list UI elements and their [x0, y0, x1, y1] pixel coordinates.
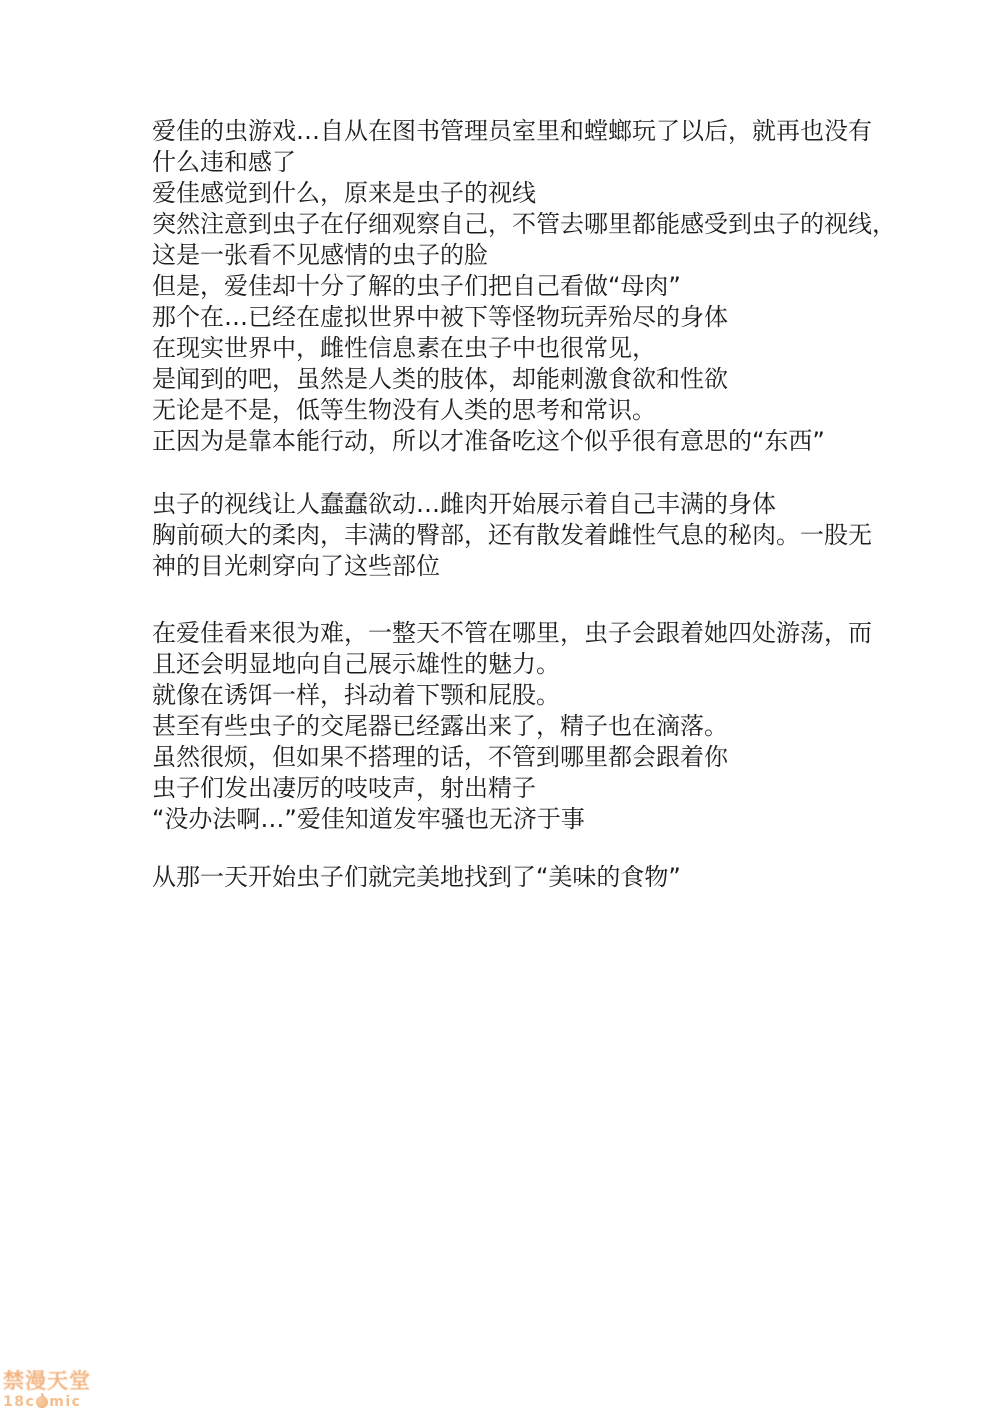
text-line: 虫子们发出凄厉的吱吱声，射出精子 [152, 773, 952, 804]
text-block: 爱佳的虫游戏…自从在图书管理员室里和螳螂玩了以后，就再也没有 什么违和感了 爱佳… [152, 116, 952, 893]
text-line: 正因为是靠本能行动，所以才准备吃这个似乎很有意思的“东西” [152, 426, 952, 457]
text-line: 虫子的视线让人蠢蠢欲动…雌肉开始展示着自己丰满的身体 [152, 489, 952, 520]
peach-icon [36, 1396, 48, 1408]
text-line: 那个在…已经在虚拟世界中被下等怪物玩弄殆尽的身体 [152, 302, 952, 333]
text-line: 虽然很烦，但如果不搭理的话，不管到哪里都会跟着你 [152, 742, 952, 773]
watermark-site-id-suffix: mic [49, 1394, 81, 1410]
text-line: 什么违和感了 [152, 147, 952, 178]
text-line: 突然注意到虫子在仔细观察自己，不管去哪里都能感受到虫子的视线， [152, 209, 952, 240]
paragraph-3: 在爱佳看来很为难，一整天不管在哪里，虫子会跟着她四处游荡，而 且还会明显地向自己… [152, 618, 952, 835]
text-line: 从那一天开始虫子们就完美地找到了“美味的食物” [152, 862, 952, 893]
text-line: 这是一张看不见感情的虫子的脸 [152, 240, 952, 271]
text-line: 神的目光刺穿向了这些部位 [152, 551, 952, 582]
text-line: 胸前硕大的柔肉，丰满的臀部，还有散发着雌性气息的秘肉。一股无 [152, 520, 952, 551]
text-line: 甚至有些虫子的交尾器已经露出来了，精子也在滴落。 [152, 711, 952, 742]
paragraph-4: 从那一天开始虫子们就完美地找到了“美味的食物” [152, 862, 952, 893]
paragraph-2: 虫子的视线让人蠢蠢欲动…雌肉开始展示着自己丰满的身体 胸前硕大的柔肉，丰满的臀部… [152, 489, 952, 582]
text-line: 在爱佳看来很为难，一整天不管在哪里，虫子会跟着她四处游荡，而 [152, 618, 952, 649]
paragraph-1: 爱佳的虫游戏…自从在图书管理员室里和螳螂玩了以后，就再也没有 什么违和感了 爱佳… [152, 116, 952, 457]
watermark: 禁漫天堂 18cmic [3, 1370, 123, 1410]
watermark-site-id: 18cmic [3, 1394, 123, 1410]
text-line: 但是，爱佳却十分了解的虫子们把自己看做“母肉” [152, 271, 952, 302]
text-line: 在现实世界中，雌性信息素在虫子中也很常见， [152, 333, 952, 364]
page: 爱佳的虫游戏…自从在图书管理员室里和螳螂玩了以后，就再也没有 什么违和感了 爱佳… [0, 0, 1000, 1415]
text-line: 是闻到的吧，虽然是人类的肢体，却能刺激食欲和性欲 [152, 364, 952, 395]
text-line: 无论是不是，低等生物没有人类的思考和常识。 [152, 395, 952, 426]
text-line: “没办法啊…”爱佳知道发牢骚也无济于事 [152, 804, 952, 835]
text-line: 且还会明显地向自己展示雄性的魅力。 [152, 649, 952, 680]
watermark-site-id-prefix: 18c [3, 1394, 35, 1410]
text-line: 爱佳的虫游戏…自从在图书管理员室里和螳螂玩了以后，就再也没有 [152, 116, 952, 147]
watermark-site-name: 禁漫天堂 [3, 1370, 123, 1393]
text-line: 爱佳感觉到什么，原来是虫子的视线 [152, 178, 952, 209]
text-line: 就像在诱饵一样，抖动着下颚和屁股。 [152, 680, 952, 711]
